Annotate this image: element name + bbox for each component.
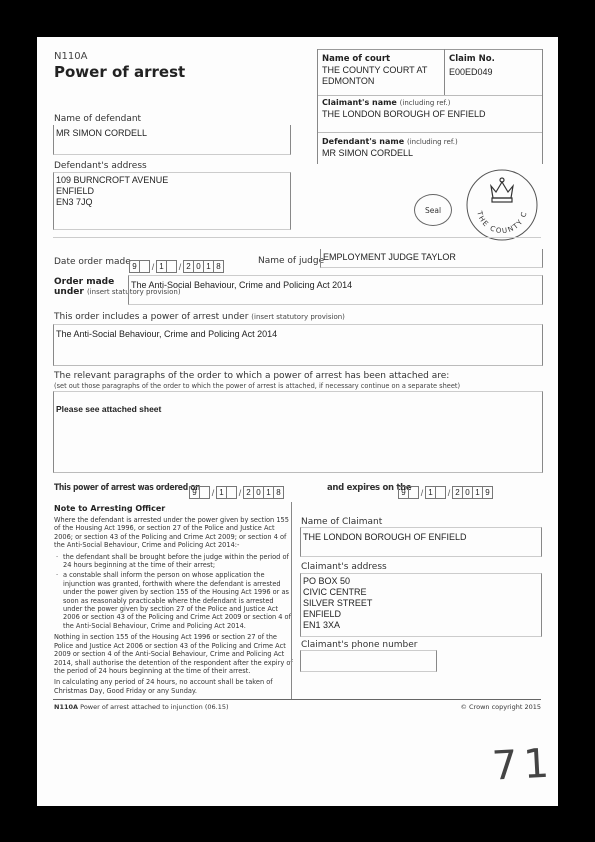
note-para3: In calculating any period of 24 hours, n… xyxy=(54,678,294,695)
date-year[interactable]: 2019 xyxy=(452,486,493,499)
date-digit-cell: 1 xyxy=(203,260,213,273)
date-digit-cell: 2 xyxy=(452,486,462,499)
date-digit-cell: 1 xyxy=(216,486,226,499)
date-digit-cell: 2 xyxy=(183,260,193,273)
date-digit-cell: 1 xyxy=(425,486,435,499)
footer-copyright: © Crown copyright 2015 xyxy=(460,703,541,711)
judge-value: EMPLOYMENT JUDGE TAYLOR xyxy=(323,252,456,263)
date-digit-cell: 0 xyxy=(193,260,203,273)
note-para2: Nothing in section 155 of the Housing Ac… xyxy=(54,633,294,675)
date-digit-cell xyxy=(408,486,418,499)
includes-label: This order includes a power of arrest un… xyxy=(54,312,345,322)
court-name-label: Name of court xyxy=(322,54,390,64)
date-digit-cell: 0 xyxy=(462,486,472,499)
claimant-address-value: PO BOX 50 CIVIC CENTRE SILVER STREET ENF… xyxy=(303,576,372,631)
claimant-name-label-main: Name of Claimant xyxy=(301,517,382,527)
date-year[interactable]: 2018 xyxy=(183,260,224,273)
ordered-on-date-field[interactable]: 9/1/2018 xyxy=(189,480,284,499)
court-name-value[interactable]: THE COUNTY COURT AT EDMONTON xyxy=(322,65,442,87)
date-day[interactable]: 9 xyxy=(129,260,150,273)
claimant-address-field[interactable]: PO BOX 50 CIVIC CENTRE SILVER STREET ENF… xyxy=(300,573,542,637)
defendant-address-label: Defendant's address xyxy=(54,161,147,171)
note-bullet: the defendant shall be brought before th… xyxy=(63,553,294,570)
date-digit-cell xyxy=(199,486,209,499)
note-intro: Where the defendant is arrested under th… xyxy=(54,516,294,550)
defendant-name-label: Name of defendant xyxy=(54,114,141,124)
defendant-name-value-header[interactable]: MR SIMON CORDELL xyxy=(322,148,413,159)
date-month[interactable]: 1 xyxy=(425,486,446,499)
claim-no-label: Claim No. xyxy=(449,54,495,64)
defendant-name-label-header: Defendant's name (including ref.) xyxy=(322,137,458,146)
expires-date-field[interactable]: 9/1/2019 xyxy=(398,480,493,499)
defendant-address-field[interactable]: 109 BURNCROFT AVENUE ENFIELD EN3 7JQ xyxy=(53,172,291,230)
form-page: N110A Power of arrest Name of court THE … xyxy=(37,37,558,806)
paragraphs-label: The relevant paragraphs of the order to … xyxy=(54,371,449,381)
defendant-name-field[interactable]: MR SIMON CORDELL xyxy=(53,125,291,155)
court-stamp-icon: THE COUNTY COURT xyxy=(465,168,539,242)
date-digit-cell xyxy=(166,260,176,273)
claimant-phone-field[interactable] xyxy=(300,650,437,672)
date-digit-cell: 1 xyxy=(472,486,482,499)
date-day[interactable]: 9 xyxy=(398,486,419,499)
date-month[interactable]: 1 xyxy=(216,486,237,499)
defendant-name-value: MR SIMON CORDELL xyxy=(56,128,147,139)
date-digit-cell xyxy=(226,486,236,499)
footer-form-ref: N110A Power of arrest attached to injunc… xyxy=(54,703,229,711)
date-digit-cell: 8 xyxy=(273,486,283,499)
note-section: Note to Arresting Officer Where the defe… xyxy=(54,504,294,698)
note-bullets: the defendant shall be brought before th… xyxy=(54,553,294,631)
includes-field[interactable]: The Anti-Social Behaviour, Crime and Pol… xyxy=(53,324,543,366)
includes-value: The Anti-Social Behaviour, Crime and Pol… xyxy=(56,329,277,340)
date-digit-cell xyxy=(139,260,149,273)
court-panel: Name of court THE COUNTY COURT AT EDMONT… xyxy=(317,49,543,164)
judge-field[interactable]: EMPLOYMENT JUDGE TAYLOR xyxy=(320,249,543,268)
claimant-name-value-main: THE LONDON BOROUGH OF ENFIELD xyxy=(303,532,467,543)
form-code: N110A xyxy=(54,51,87,62)
seal-label: Seal xyxy=(425,206,441,215)
claimant-name-value[interactable]: THE LONDON BOROUGH OF ENFIELD xyxy=(322,109,486,120)
form-title: Power of arrest xyxy=(54,63,185,81)
date-digit-cell: 0 xyxy=(253,486,263,499)
date-order-made-field[interactable]: 9/1/2018 xyxy=(129,254,224,273)
claimant-address-label: Claimant's address xyxy=(301,562,387,572)
date-digit-cell: 9 xyxy=(398,486,408,499)
note-bullet: a constable shall inform the person on w… xyxy=(63,571,294,630)
date-order-made-label: Date order made xyxy=(54,257,131,267)
date-digit-cell: 8 xyxy=(213,260,223,273)
paragraphs-value: Please see attached sheet xyxy=(56,404,161,415)
date-digit-cell: 9 xyxy=(189,486,199,499)
date-year[interactable]: 2018 xyxy=(243,486,284,499)
date-digit-cell xyxy=(435,486,445,499)
ordered-on-label: This power of arrest was ordered on xyxy=(54,483,200,493)
seal-placeholder: Seal xyxy=(414,194,452,226)
handwritten-page-number: 71 xyxy=(491,740,556,789)
date-digit-cell: 1 xyxy=(156,260,166,273)
defendant-address-value: 109 BURNCROFT AVENUE ENFIELD EN3 7JQ xyxy=(56,175,168,208)
claimant-name-field[interactable]: THE LONDON BOROUGH OF ENFIELD xyxy=(300,527,542,557)
claim-no-value[interactable]: E00ED049 xyxy=(449,67,493,78)
date-digit-cell: 9 xyxy=(482,486,492,499)
paragraphs-note: (set out those paragraphs of the order t… xyxy=(54,382,460,390)
paragraphs-field[interactable]: Please see attached sheet xyxy=(53,391,543,473)
date-digit-cell: 9 xyxy=(129,260,139,273)
date-digit-cell: 2 xyxy=(243,486,253,499)
date-month[interactable]: 1 xyxy=(156,260,177,273)
order-made-under-value: The Anti-Social Behaviour, Crime and Pol… xyxy=(131,280,352,291)
claimant-phone-label: Claimant's phone number xyxy=(301,640,418,650)
date-day[interactable]: 9 xyxy=(189,486,210,499)
note-title: Note to Arresting Officer xyxy=(54,504,294,513)
claimant-name-label: Claimant's name (including ref.) xyxy=(322,98,450,107)
date-digit-cell: 1 xyxy=(263,486,273,499)
order-made-under-field[interactable]: The Anti-Social Behaviour, Crime and Pol… xyxy=(128,275,543,305)
judge-label: Name of judge xyxy=(258,256,324,266)
